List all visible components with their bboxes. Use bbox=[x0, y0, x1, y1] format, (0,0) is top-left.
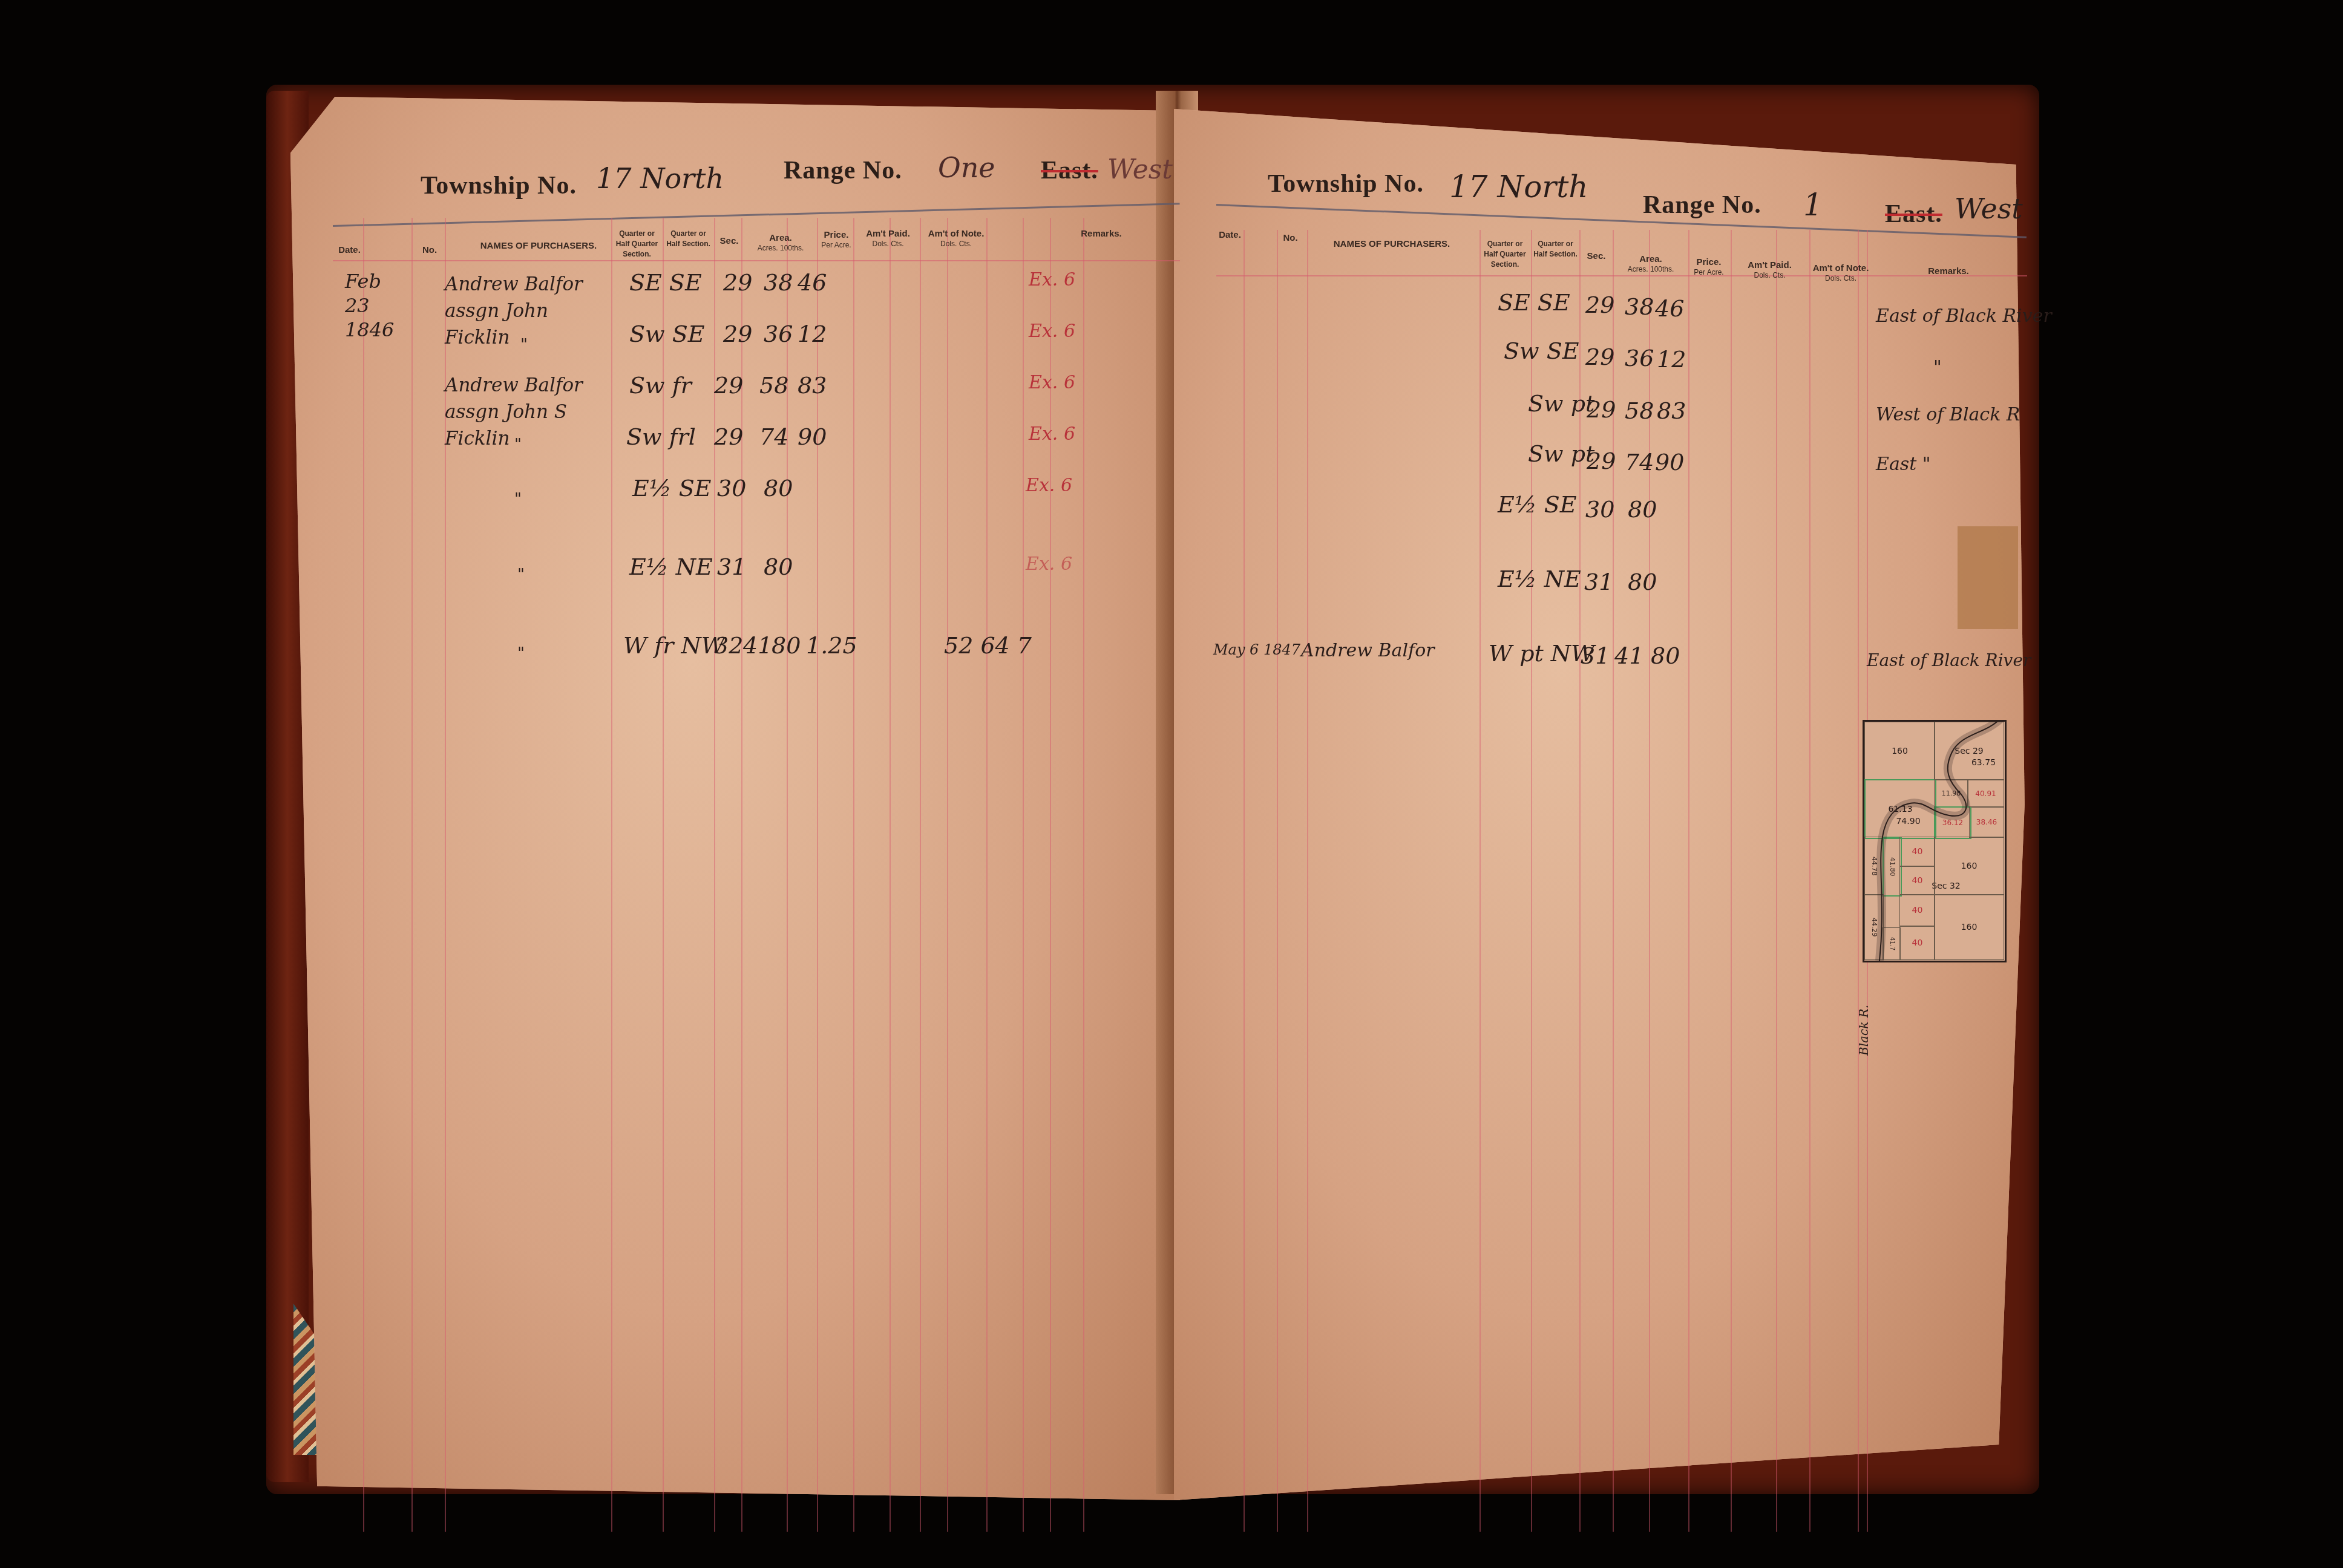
row-quarter: Sw pt bbox=[1528, 440, 1594, 467]
row-quarter: Sw pt bbox=[1528, 390, 1594, 417]
right-township-value: 17 North bbox=[1449, 169, 1588, 204]
left-range-value: One bbox=[938, 151, 995, 184]
row-remark: West of Black R bbox=[1876, 404, 2020, 425]
row-name: Andrew Balfor bbox=[1301, 640, 1435, 661]
row-sec: 29 bbox=[1585, 344, 1614, 370]
plat-river-label: Black R. bbox=[1856, 1005, 1871, 1056]
row-acres: 58 bbox=[1625, 397, 1654, 424]
row-sec: 29 bbox=[1587, 448, 1616, 474]
row-quarter: E½ SE bbox=[1498, 491, 1576, 518]
col-names: NAMES OF PURCHASERS. bbox=[1319, 239, 1464, 249]
row-acres: 38 bbox=[1625, 293, 1654, 320]
row-acres: 74 bbox=[1625, 449, 1654, 475]
row-hundredths: 83 bbox=[1657, 397, 1686, 424]
right-township-label: Township No. bbox=[1268, 169, 1424, 198]
row-acres: 36 bbox=[1625, 345, 1654, 371]
col-date: Date. bbox=[1216, 230, 1244, 240]
row-sec: 29 bbox=[1585, 292, 1614, 318]
row-remark: East of Black River bbox=[1867, 650, 2031, 670]
row-sec: 31 bbox=[1581, 642, 1610, 669]
col-area: Area.Acres. 100ths. bbox=[1614, 254, 1687, 275]
plat-map: 160 Sec 29 63.75 61.13 11.98 40.91 74.90… bbox=[1863, 720, 2007, 962]
left-range-label: Range No. bbox=[784, 156, 902, 185]
row-acres: 80 bbox=[1628, 569, 1657, 595]
row-quarter: Sw SE bbox=[1504, 338, 1579, 364]
river-icon bbox=[1864, 722, 2005, 961]
col-sec: Sec. bbox=[1581, 251, 1611, 261]
col-price: Price.Per Acre. bbox=[1688, 257, 1729, 278]
row-quarter: SE SE bbox=[1498, 289, 1570, 316]
col-remarks: Remarks. bbox=[1900, 266, 1997, 276]
row-sec: 30 bbox=[1585, 496, 1614, 523]
row-remark: East of Black River bbox=[1876, 305, 2052, 327]
row-sec: 31 bbox=[1584, 569, 1613, 595]
left-township-value: 17 North bbox=[596, 162, 724, 195]
row-date: May 6 1847 bbox=[1213, 641, 1300, 658]
row-acres: 41 bbox=[1614, 642, 1643, 669]
row-remark: " bbox=[1933, 357, 1942, 378]
right-range-label: Range No. bbox=[1643, 191, 1761, 220]
right-range-value: 1 bbox=[1803, 188, 1823, 223]
left-township-label: Township No. bbox=[421, 171, 577, 200]
col-amount-paid: Am't Paid.Dols. Cts. bbox=[1732, 260, 1807, 281]
row-quarter: W pt NW bbox=[1489, 640, 1594, 667]
col-quarter-half-quarter: Quarter or Half Quarter Section. bbox=[1481, 239, 1529, 270]
row-sec: 29 bbox=[1587, 396, 1616, 423]
row-hundredths: 90 bbox=[1655, 449, 1684, 475]
row-hundredths: 12 bbox=[1657, 346, 1686, 373]
col-quarter-half: Quarter or Half Section. bbox=[1533, 239, 1578, 260]
row-remark: East " bbox=[1876, 454, 1931, 475]
col-no: No. bbox=[1277, 233, 1304, 243]
left-east-label: East. bbox=[1041, 156, 1098, 185]
row-hundredths: 46 bbox=[1655, 295, 1684, 322]
col-amount-note: Am't of Note.Dols. Cts. bbox=[1810, 263, 1871, 284]
right-east-label: East. bbox=[1885, 200, 1942, 229]
right-west-value: West bbox=[1955, 192, 2023, 225]
left-west-value: West bbox=[1107, 154, 1173, 185]
row-quarter: E½ NE bbox=[1498, 566, 1581, 592]
row-acres: 80 bbox=[1628, 496, 1657, 523]
row-hundredths: 80 bbox=[1651, 642, 1680, 669]
